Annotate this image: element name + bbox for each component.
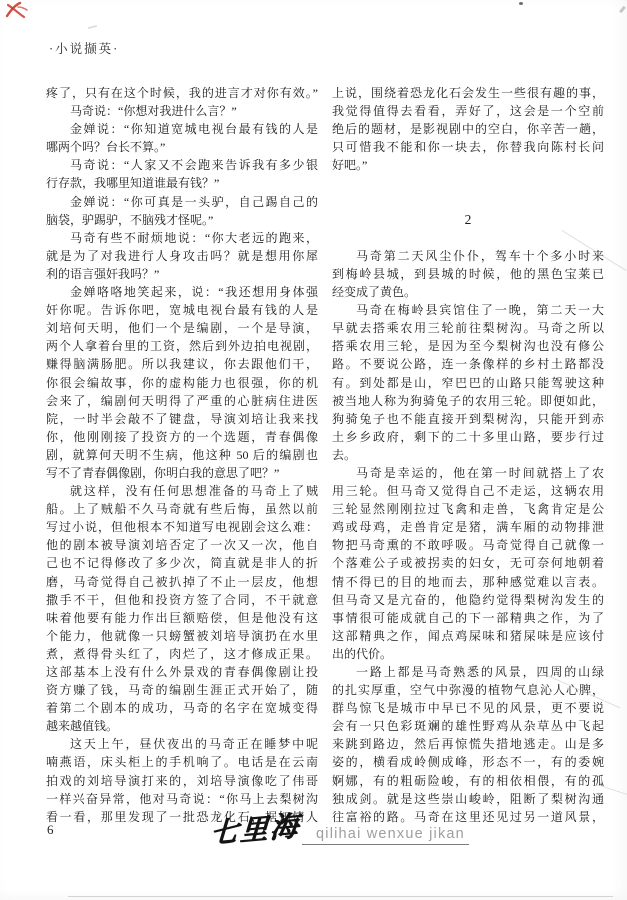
text-line: 物把马奇熏的不敢呼吸。马奇觉得自己就像一: [332, 536, 604, 554]
text-line: 这部精典之作，闻点鸡屎味和猪屎味是应该付: [332, 627, 604, 645]
text-line: 三轮显然刚刚拉过飞禽和走兽，飞禽肯定是公: [332, 500, 604, 518]
text-line: 情不得已的目的地而去，那种感觉难以言表。: [332, 573, 604, 591]
text-line: 2: [332, 211, 604, 229]
text-line: 这部基本上没有什么外景戏的青春偶像剧让投: [46, 663, 318, 681]
text-line: 鸡或母鸡，走兽肯定是猪，满车厢的动物排泄: [332, 518, 604, 536]
text-line: 有。到处都是山，窄巴巴的山路只能驾驶这种: [332, 374, 604, 392]
text-line: 味着他要有能力作出巨额赔偿，但是他没有这: [46, 609, 318, 627]
text-line: 船。上了贼船不久马奇就有些后悔，虽然以前: [46, 500, 318, 518]
text-line: 去。: [332, 446, 604, 464]
scan-artifact-speck: [619, 6, 626, 13]
text-line: 疼了，只有在这个时候，我的进言才对你有效。”: [46, 84, 318, 102]
text-line: 早就去搭乘农用三轮前往梨树沟。马奇之所以: [332, 319, 604, 337]
left-column: 疼了，只有在这个时候，我的进言才对你有效。”马奇说：“你想对我进什么言？”金婵说…: [46, 84, 318, 826]
text-line: [332, 193, 604, 211]
text-line: 姿的，横看成岭侧成峰，形态不一，有的委婉: [332, 753, 604, 771]
text-line: 狗骑兔子也不能直接开到梨树沟，只能开到赤: [332, 410, 604, 428]
text-line: 你很会编故事，你的虚构能力也很强，你的机: [46, 374, 318, 392]
text-line: 但马奇又是亢奋的，他隐约觉得梨树沟发生的: [332, 591, 604, 609]
text-line: 剧，就算何天明不生病，他这种 50 后的编剧也: [46, 446, 318, 464]
text-line: 利的语言强奸我吗？”: [46, 265, 318, 283]
text-line: 来跳到路边，然后再惊慌失措地逃走。山是多: [332, 735, 604, 753]
text-line: 院，一时半会敲不了键盘，导演刘培让我来找: [46, 410, 318, 428]
text-line: [332, 174, 604, 192]
text-line: 着第二个剧本的成功，马奇的名字在宽城变得: [46, 699, 318, 717]
text-line: 就是为了对我进行人身攻击吗？就是想用你犀: [46, 247, 318, 265]
text-line: 两个人拿着台里的工资，然后到外边拍电视剧，: [46, 337, 318, 355]
text-line: 金婵说：“你知道宽城电视台最有钱的人是: [46, 120, 318, 138]
right-column: 上说，围绕着恐龙化石会发生一些很有趣的事，我觉得值得去看看，弄好了，这会是一个空…: [332, 84, 604, 826]
text-line: 撒手不干，但他和投资方签了合同，不干就意: [46, 591, 318, 609]
column-section-label: ·小说撷英·: [49, 39, 119, 57]
text-line: 马奇在梅岭县宾馆住了一晚，第二天一大: [332, 301, 604, 319]
logo-calligraphy: 七里海: [209, 804, 301, 852]
text-line: 磨，马奇觉得自己被扒掉了不止一层皮，他想: [46, 573, 318, 591]
magazine-page: ·小说撷英· 疼了，只有在这个时候，我的进言才对你有效。”马奇说：“你想对我进什…: [0, 0, 627, 900]
text-line: 一路上都是马奇熟悉的风景，四周的山绿: [332, 663, 604, 681]
text-line: 搭乘农用三轮，是因为至今梨树沟也没有修公: [332, 337, 604, 355]
text-line: 拍戏的刘培导演打来的，刘培导演像吃了伟哥: [46, 772, 318, 790]
text-line: 越来越值钱。: [46, 717, 318, 735]
text-line: 奸你呢。告诉你吧，宽城电视台最有钱的人是: [46, 301, 318, 319]
text-line: 我觉得值得去看看，弄好了，这会是一个空前: [332, 102, 604, 120]
scan-artifact-speck: [519, 2, 523, 5]
text-columns: 疼了，只有在这个时候，我的进言才对你有效。”马奇说：“你想对我进什么言？”金婵说…: [46, 84, 604, 826]
text-line: 就这样，没有任何思想准备的马奇上了贼: [46, 482, 318, 500]
text-line: 出的代价。: [332, 645, 604, 663]
scan-edge-line: [68, 896, 613, 897]
text-line: 会有一只色彩斑斓的雄性野鸡从杂草丛中飞起: [332, 717, 604, 735]
text-line: 这天上午，昼伏夜出的马奇正在睡梦中呢: [46, 735, 318, 753]
text-line: 马奇说：“人家又不会跑来告诉我有多少银: [46, 156, 318, 174]
text-line: 土乡乡政府，剩下的二十多里山路，要步行过: [332, 428, 604, 446]
text-line: 好吧。”: [332, 156, 604, 174]
text-line: 马奇是幸运的，他在第一时间就搭上了农: [332, 464, 604, 482]
journal-logo: 七里海 qilihai wenxue jikan: [210, 808, 469, 848]
text-line: 个能力，他就像一只螃蟹被刘培导演扔在水里: [46, 627, 318, 645]
text-line: 绝后的题材，是影视剧中的空白，你辛苦一趟，: [332, 120, 604, 138]
text-line: 行存款，我哪里知道谁最有钱？”: [46, 174, 318, 192]
text-line: 的扎实厚重，空气中弥漫的植物气息沁人心脾，: [332, 681, 604, 699]
text-line: 他的剧本被导演刘培否定了一次又一次，他自: [46, 536, 318, 554]
text-line: 煮，煮得骨头红了，肉烂了，这才修成正果。: [46, 645, 318, 663]
text-line: 经变成了黄色。: [332, 283, 604, 301]
text-line: 你，他刚刚接了投资方的一个选题，青春偶像: [46, 428, 318, 446]
text-line: 个落难公子或被拐卖的妇女，无可奈何地朝着: [332, 554, 604, 572]
text-line: 会来了，编剧何天明得了严重的心脏病住进医: [46, 392, 318, 410]
text-line: 马奇有些不耐烦地说：“你大老远的跑来，: [46, 229, 318, 247]
text-line: 金婵咯咯地笑起来，说：“我还想用身体强: [46, 283, 318, 301]
logo-latin-text: qilihai wenxue jikan: [302, 826, 469, 845]
text-line: 写过小说，但他根本不知道写电视剧会这么难：: [46, 518, 318, 536]
scan-artifact-smudge: [88, 25, 97, 29]
text-line: 哪两个吗？台长不算。”: [46, 138, 318, 156]
text-line: 上说，围绕着恐龙化石会发生一些很有趣的事，: [332, 84, 604, 102]
red-pen-mark: [4, 1, 30, 21]
text-line: 喃燕语，床头柜上的手机响了。电话是在云南: [46, 753, 318, 771]
text-line: 刘培何天明，他们一个是编剧，一个是导演，: [46, 319, 318, 337]
text-line: 脑袋，驴踢驴，不脑残才怪呢。”: [46, 211, 318, 229]
text-line: 婀娜，有的粗砺险峻，有的相依相偎，有的孤: [332, 772, 604, 790]
text-line: 金婵说：“你可真是一头驴，自己踢自己的: [46, 193, 318, 211]
text-line: 被当地人称为狗骑兔子的农用三轮。即便如此，: [332, 392, 604, 410]
text-line: 资方赚了钱，马奇的编剧生涯正式开始了，随: [46, 681, 318, 699]
text-line: 赚得脑满肠肥。所以我建议，你去跟他们干，: [46, 355, 318, 373]
text-line: 用三轮。但马奇又觉得自己不走运，这辆农用: [332, 482, 604, 500]
text-line: 事情很可能成就自己的下一部精典之作，为了: [332, 609, 604, 627]
page-number: 6: [47, 822, 54, 838]
text-line: 己也不记得修改了多少次，简直就是非人的折: [46, 554, 318, 572]
text-line: 马奇说：“你想对我进什么言？”: [46, 102, 318, 120]
text-line: 到梅岭县城，到县城的时候，他的黑色宝莱已: [332, 265, 604, 283]
text-line: 写不了青春偶像剧，你明白我的意思了吧？”: [46, 464, 318, 482]
text-line: 只可惜我不能和你一块去，你替我向陈村长问: [332, 138, 604, 156]
text-line: 马奇第二天风尘仆仆，驾车十个多小时来: [332, 247, 604, 265]
text-line: 路。不要说公路，连一条像样的乡村土路都没: [332, 355, 604, 373]
text-line: 独成剑。就是这些崇山峻岭，阻断了梨树沟通: [332, 790, 604, 808]
text-line: 群鸟惊飞是城市中早已不见的风景，更不要说: [332, 699, 604, 717]
